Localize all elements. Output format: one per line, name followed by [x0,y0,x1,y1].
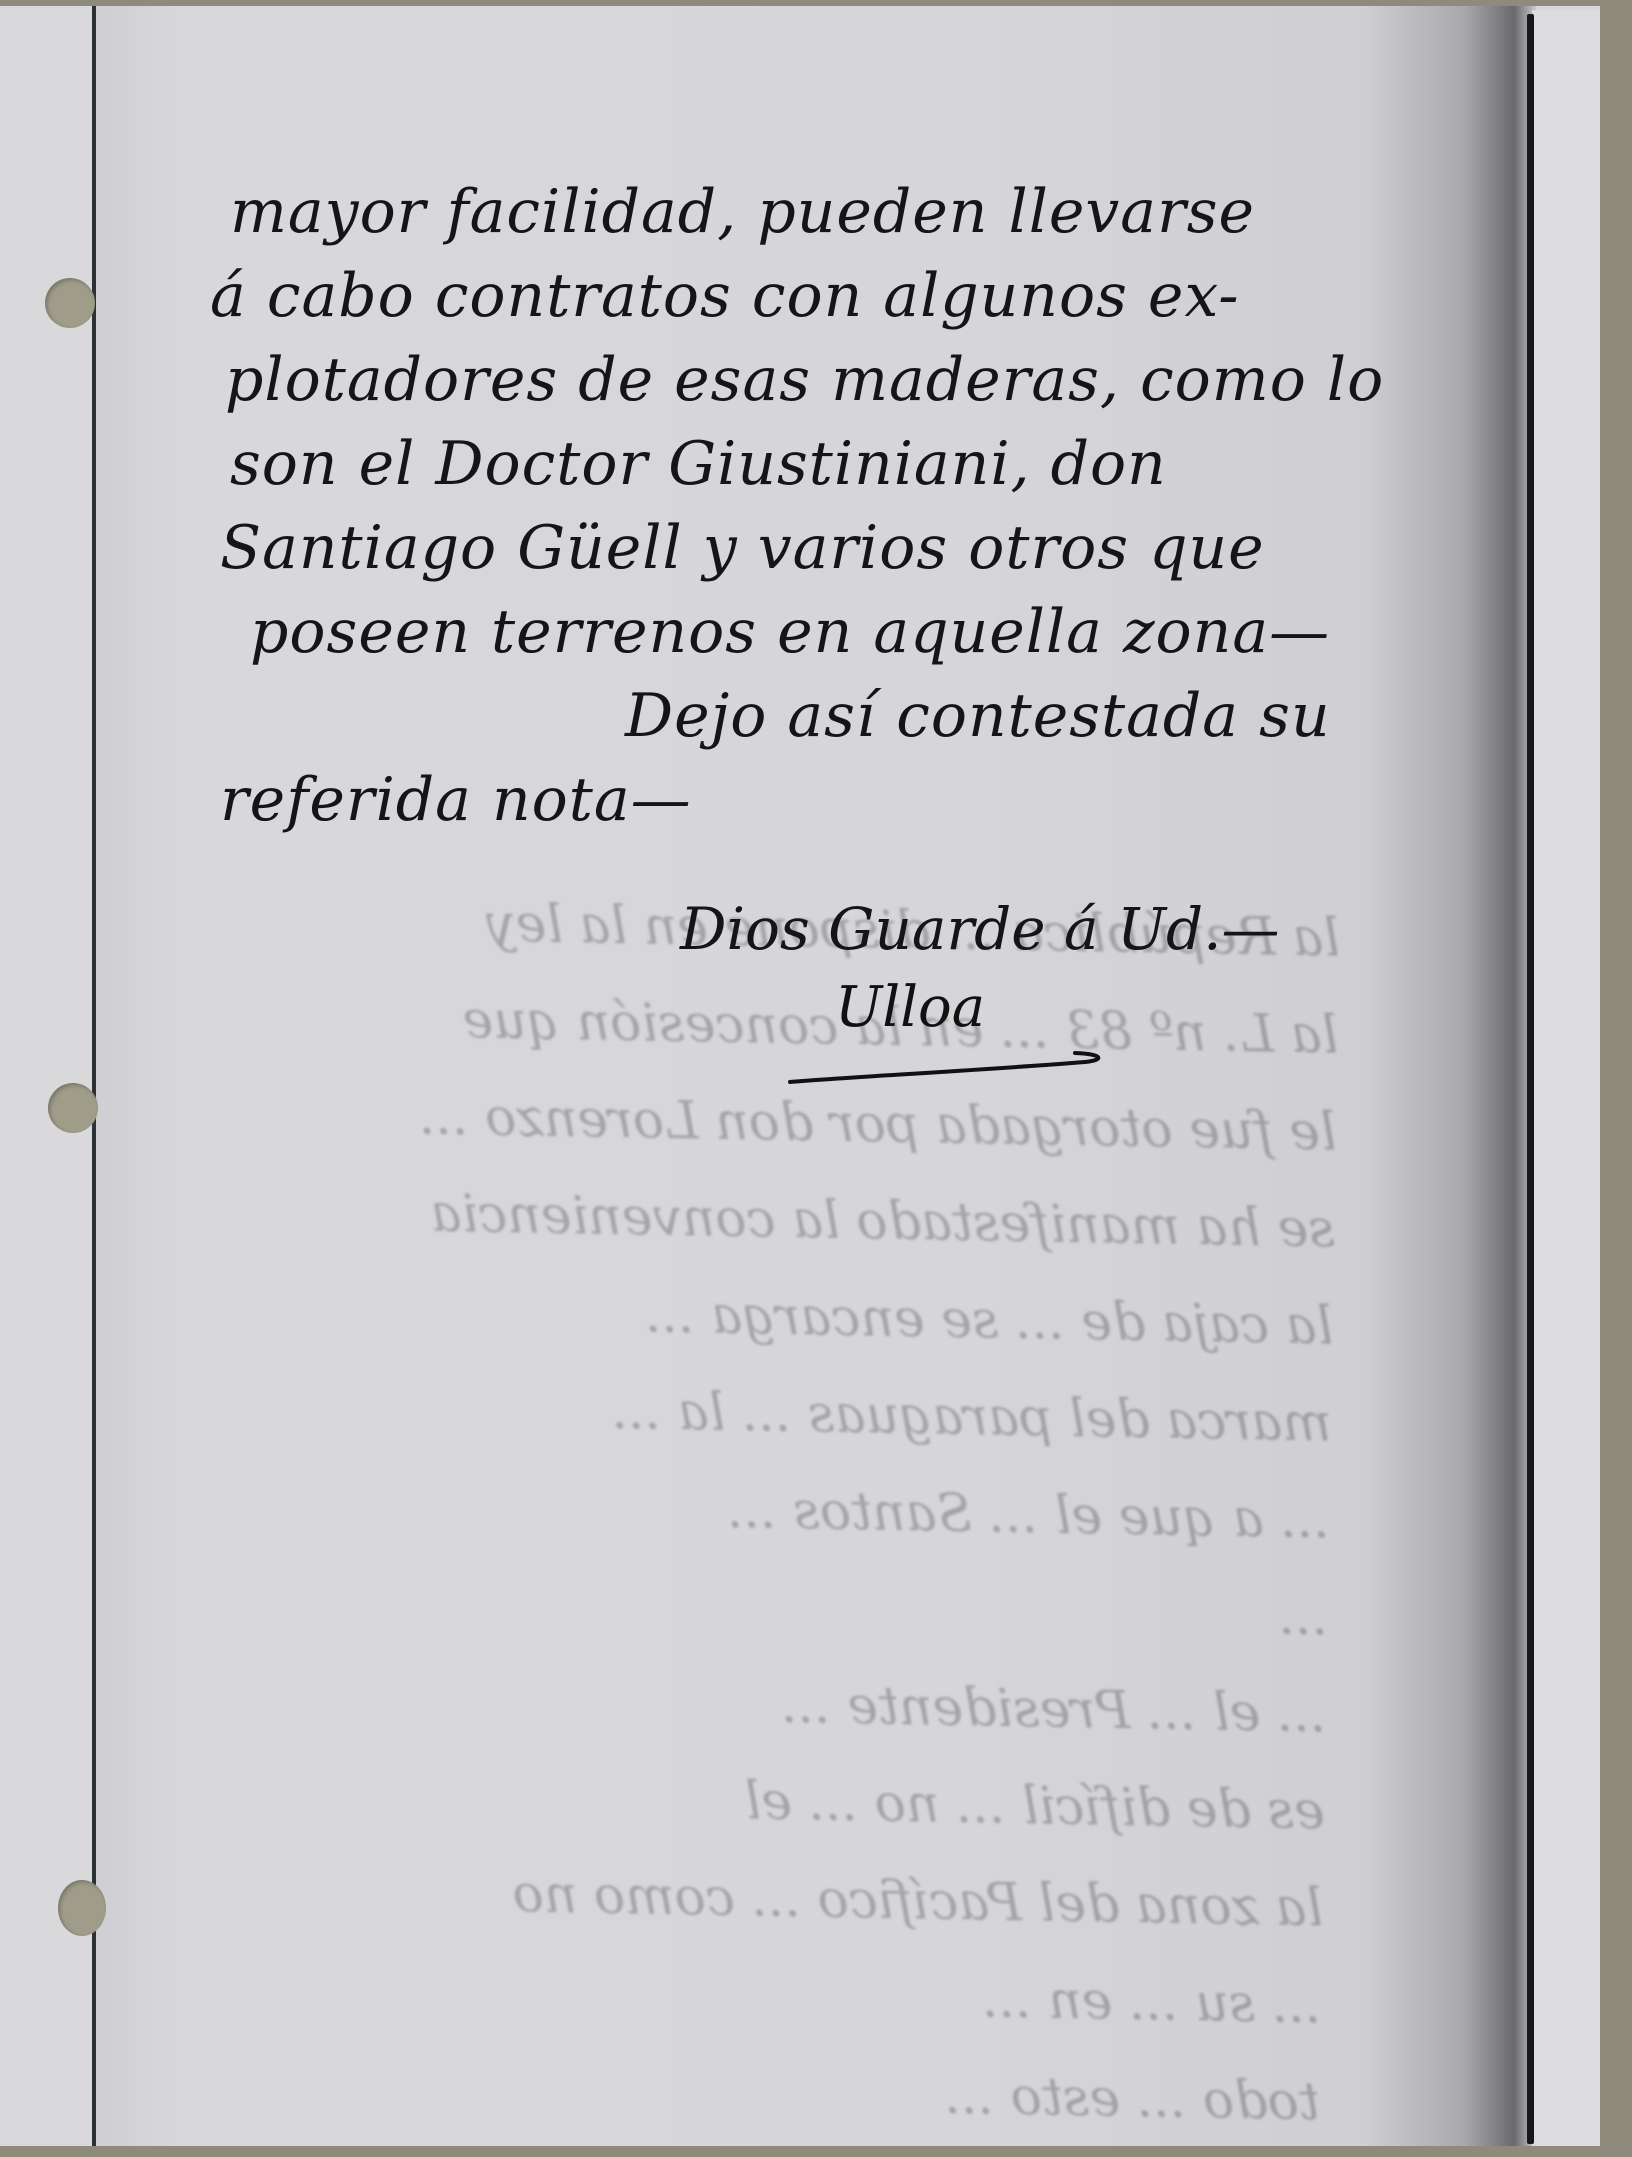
body-line: son el Doctor Giustiniani, don [230,422,1380,506]
body-line: mayor facilidad, pueden llevarse [230,170,1380,254]
signature: Ulloa [835,975,985,1040]
right-binding-strip [1532,10,1600,2146]
body-line: poseen terrenos en aquella zona— [250,590,1380,674]
body-line: referida nota— [220,758,1380,842]
signature-underline-flourish [785,1050,1115,1090]
body-line: Dejo así contestada su [230,674,1380,758]
body-line: plotadores de esas maderas, como lo [225,338,1380,422]
punch-hole-middle [48,1083,98,1133]
punch-hole-top [45,278,95,328]
letter-body: mayor facilidad, pueden llevarse á cabo … [230,170,1380,842]
body-line: á cabo contratos con algunos ex- [210,254,1380,338]
punch-hole-bottom [58,1880,106,1936]
body-line: Santiago Güell y varios otros que [220,506,1380,590]
binding-edge-line [1527,14,1534,2144]
bleed-through-text: la República ... dispone en la ley la L.… [99,869,1341,2151]
closing-salutation: Dios Guarde á Ud.— [680,895,1280,963]
